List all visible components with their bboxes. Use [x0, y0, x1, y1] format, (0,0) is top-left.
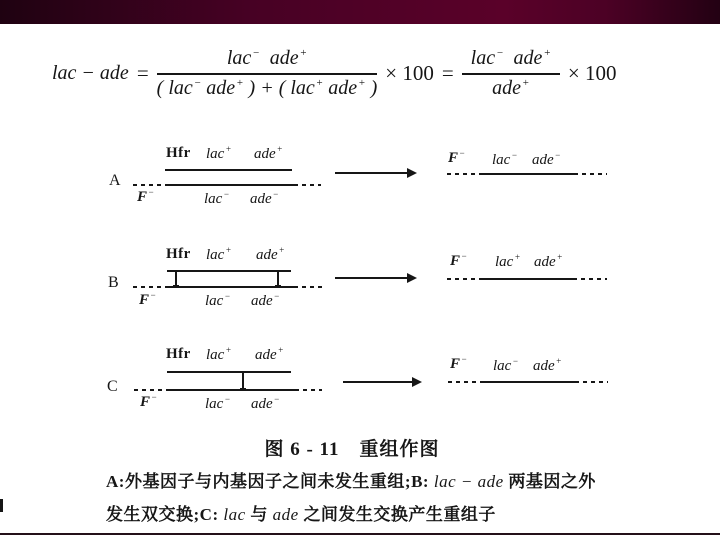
result-line-dashed-left: [448, 381, 480, 383]
recipient-f-label: F−: [140, 393, 157, 410]
recipient-line-dashed-left: [134, 389, 168, 391]
figure-caption-line-2: 发生双交换;C: lac 与 ade 之间发生交换产生重组子: [106, 500, 496, 525]
donor-gene-ade: ade+: [255, 346, 284, 363]
arrow-right-icon: [343, 381, 420, 383]
figure-title: 图 6 - 11 重组作图: [0, 434, 704, 461]
result-gene-lac: lac−: [493, 357, 518, 374]
bottom-rule: [0, 533, 720, 535]
result-line-solid: [480, 381, 575, 383]
donor-chromosome-line: [167, 371, 291, 373]
slide: lac − ade = lac− ade+ ( lac− ade+ ) + ( …: [0, 0, 720, 540]
result-gene-ade: ade+: [533, 357, 562, 374]
recipient-gene-ade: ade−: [251, 395, 280, 412]
recipient-line-solid: [168, 389, 295, 391]
donor-hfr-label: Hfr: [166, 347, 191, 362]
result-line-dashed-right: [575, 381, 608, 383]
row-label: C: [107, 379, 118, 395]
scan-artifact: [0, 499, 3, 512]
recipient-gene-lac: lac−: [205, 395, 230, 412]
recipient-line-dashed-right: [295, 389, 322, 391]
result-f-label: F−: [450, 355, 467, 372]
donor-gene-lac: lac+: [206, 346, 231, 363]
crossover-mark: [242, 372, 244, 389]
figure-caption-line-1: A:外基因子与内基因子之间未发生重组;B: lac − ade 两基因之外: [106, 467, 596, 492]
